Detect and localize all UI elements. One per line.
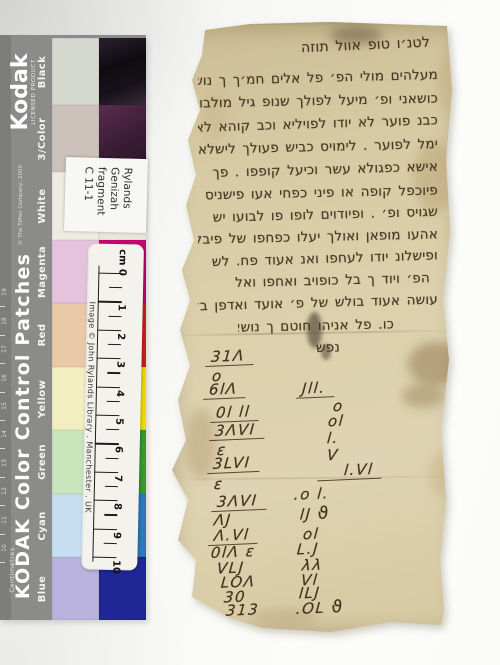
ruler-number-8: 8 bbox=[111, 503, 122, 510]
ruler-tick-cm bbox=[95, 443, 119, 445]
account-entry-left: 3ΛVI bbox=[209, 421, 265, 441]
edge-tick bbox=[0, 562, 5, 563]
sticker-line: fragment bbox=[93, 158, 108, 232]
sticker-line: Rylands bbox=[119, 158, 148, 233]
patch-label-red: Red bbox=[37, 305, 49, 365]
manuscript-line: מעלהים מולי הפ׳ פל אלים חמ׳ך ך נושא bbox=[198, 65, 438, 91]
edge-tick bbox=[0, 534, 5, 535]
ruler-tick-cm bbox=[94, 471, 118, 473]
edge-tick bbox=[0, 306, 5, 307]
manuscript-line: לטנ׳ו טופ אוול תוזה bbox=[270, 33, 431, 60]
edge-tick bbox=[0, 420, 5, 421]
edge-tick bbox=[0, 335, 5, 336]
edge-number: 17 bbox=[1, 342, 9, 356]
ruler-tick-cm bbox=[98, 301, 122, 303]
manuscript-line: פיוכפל קופה או פיני כפחי אעו פישניס bbox=[198, 180, 438, 205]
edge-number: 15 bbox=[1, 399, 9, 413]
patch-label-magenta: Magenta bbox=[37, 242, 49, 302]
ruler-tick-half bbox=[107, 372, 120, 374]
manuscript-line: כו. פל אניהו חוטם ך נושא bbox=[238, 314, 394, 337]
patch-label-white: White bbox=[37, 176, 49, 236]
manuscript-line: נפש bbox=[298, 337, 341, 358]
patch-label-black: Black bbox=[37, 42, 49, 102]
manuscript-line: ימל לפוער . לימויס כביש פעולך לישלא bbox=[198, 134, 438, 160]
ruler-number-3: 3 bbox=[114, 361, 125, 368]
sticker-line: Genizah bbox=[106, 158, 121, 232]
edge-tick bbox=[0, 448, 5, 449]
edge-tick bbox=[0, 505, 5, 506]
stain bbox=[436, 58, 458, 110]
account-entry-right: Jll. bbox=[296, 379, 335, 399]
account-entry-right: V bbox=[326, 447, 339, 463]
manuscript-line: עושה אעוד בולש של פ׳ אועד ואדפן בלב bbox=[198, 290, 438, 317]
manuscript-line: כושאני ופ׳ מיעל לפולך שנופ גיל מולבוע bbox=[198, 88, 438, 113]
sticker-line: C 11-1 bbox=[80, 157, 95, 231]
ruler-tick-cm bbox=[94, 500, 118, 502]
patch-label-yellow: Yellow bbox=[37, 369, 49, 429]
flourish-mark: ϑ bbox=[311, 503, 329, 524]
edge-number: 12 bbox=[1, 484, 9, 498]
account-entry-left: 313 bbox=[225, 601, 260, 618]
ruler-tick-cm bbox=[98, 273, 122, 275]
photo-scan: Kodak LICENSED PRODUCT KODAK Color Contr… bbox=[0, 0, 500, 665]
ruler-tick-half bbox=[108, 315, 121, 317]
ruler-number-4: 4 bbox=[114, 390, 125, 397]
account-entry-right: l. bbox=[326, 430, 339, 447]
edge-tick bbox=[0, 363, 5, 364]
ruler-tick-half bbox=[104, 543, 117, 545]
account-entry-left: ε bbox=[213, 476, 224, 492]
ruler-tick-cm bbox=[97, 358, 121, 360]
ruler-number-5: 5 bbox=[113, 418, 124, 425]
account-entry-right: lJϑ bbox=[299, 505, 329, 522]
stain bbox=[428, 452, 460, 496]
ruler-number-1: 1 bbox=[116, 304, 127, 311]
flourish-mark: ϑ bbox=[325, 597, 343, 618]
account-entry-right: .OLϑ bbox=[295, 599, 342, 617]
ruler-tick-half bbox=[106, 429, 119, 431]
edge-number: 13 bbox=[1, 456, 9, 470]
edge-number: 11 bbox=[1, 513, 9, 527]
ruler-number-6: 6 bbox=[113, 446, 124, 453]
ruler-tick-half bbox=[104, 514, 117, 516]
color-patch-black-strong bbox=[99, 38, 146, 105]
account-entry-left: 3ΛVI bbox=[211, 492, 267, 512]
ruler-tick-half bbox=[105, 486, 118, 488]
edge-number: 19 bbox=[1, 285, 9, 299]
account-entry-left: 3LVI bbox=[207, 454, 260, 474]
ruler-tick-half bbox=[106, 457, 119, 459]
edge-tick bbox=[0, 477, 5, 478]
manuscript-line: כבנ פוער לא יודו לפויליא וכב קוהא לא bbox=[198, 110, 439, 138]
fragment-id-sticker: RylandsGenizahfragmentC 11-1 bbox=[64, 157, 148, 233]
ruler-marks: cm 012345678910 bbox=[88, 243, 144, 244]
color-patch-black-light bbox=[52, 38, 99, 105]
edge-number: 18 bbox=[1, 314, 9, 328]
fragment: לטנ׳ו טופ אוול תוזהמעלהים מולי הפ׳ פל אל… bbox=[170, 22, 460, 637]
ruler-tick-half bbox=[109, 287, 122, 289]
kodak-copyright: © The Tiffen Company, 2000 bbox=[17, 159, 25, 251]
ruler-zero-label: cm 0 bbox=[116, 249, 128, 276]
ruler-tick-half bbox=[107, 401, 120, 403]
edge-number: 10 bbox=[1, 541, 9, 555]
edge-number: 14 bbox=[1, 427, 9, 441]
ruler-number-10: 10 bbox=[110, 560, 121, 574]
ruler-tick-cm bbox=[95, 415, 119, 417]
cm-ruler: Image © John Rylands Library . Mancheste… bbox=[81, 243, 144, 570]
account-entry-left: 31Λ bbox=[205, 347, 254, 367]
ruler-tick-cm bbox=[92, 557, 116, 559]
manuscript-line: אישא כפגולא עשר וכיעל קופפו . פך bbox=[198, 157, 438, 184]
ruler-tick-cm bbox=[96, 386, 120, 388]
stain bbox=[402, 384, 444, 408]
account-entry-right: ol bbox=[327, 413, 345, 430]
patch-label-blue: Blue bbox=[37, 559, 49, 619]
edge-number: 16 bbox=[1, 371, 9, 385]
account-entry-left: 6lΛ bbox=[203, 380, 247, 400]
account-entry-right: l.Vl bbox=[317, 461, 383, 482]
patch-label-green: Green bbox=[37, 432, 49, 492]
ruler-tick-cm bbox=[97, 329, 121, 331]
fragment-wrapper: לטנ׳ו טופ אוול תוזהמעלהים מולי הפ׳ פל אל… bbox=[170, 22, 460, 637]
patch-label-color: 3/Color bbox=[37, 109, 49, 169]
ruler-tick-cm bbox=[93, 528, 117, 530]
ruler-tick-half bbox=[108, 344, 121, 346]
ruler-number-9: 9 bbox=[111, 532, 122, 539]
account-entry-right: .o l. bbox=[293, 485, 330, 503]
stain bbox=[408, 342, 464, 386]
patch-label-cyan: Cyan bbox=[37, 496, 49, 556]
edge-tick bbox=[0, 392, 5, 393]
ruler-number-2: 2 bbox=[115, 333, 126, 340]
ruler-number-7: 7 bbox=[112, 475, 123, 482]
